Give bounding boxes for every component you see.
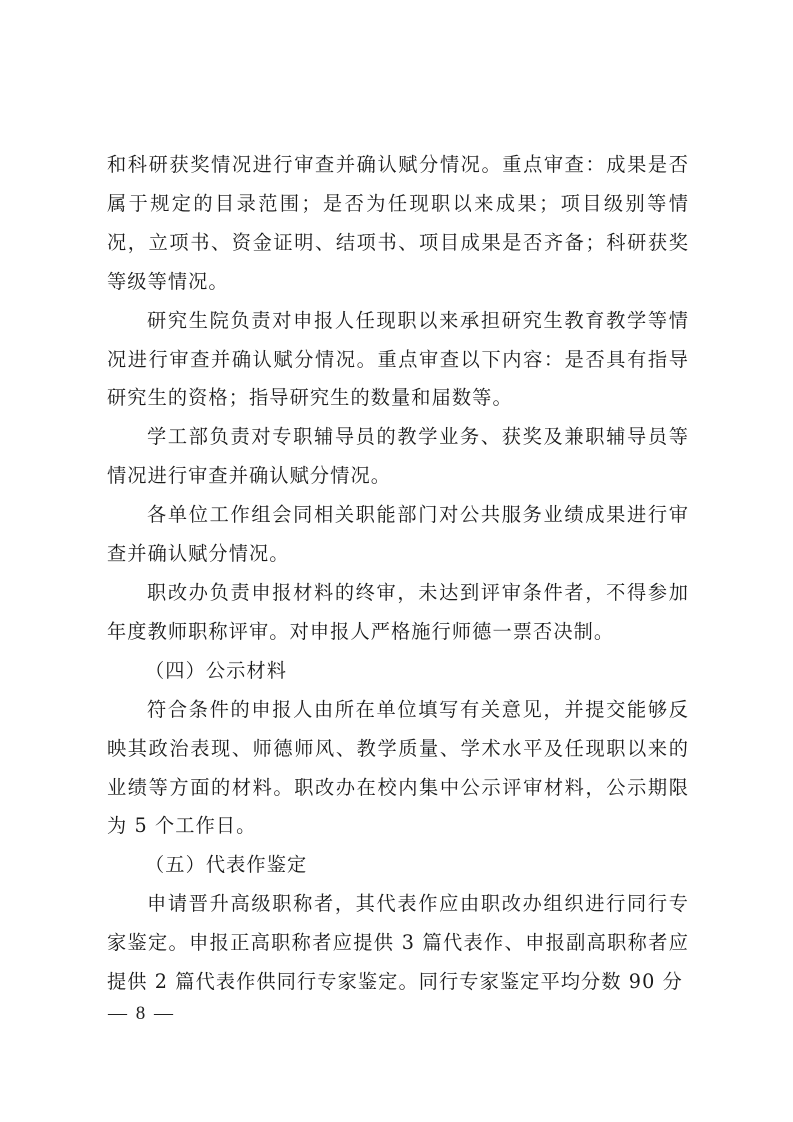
- page-number: — 8 —: [108, 1003, 175, 1025]
- paragraph-unit-public-service-review: 各单位工作组会同相关职能部门对公共服务业绩成果进行审查并确认赋分情况。: [107, 496, 689, 574]
- section-heading-representative-works: （五）代表作鉴定: [107, 846, 689, 885]
- paragraph-student-affairs-review: 学工部负责对专职辅导员的教学业务、获奖及兼职辅导员等情况进行审查并确认赋分情况。: [107, 418, 689, 496]
- section-heading-public-notice: （四）公示材料: [107, 652, 689, 691]
- paragraph-representative-works: 申请晋升高级职称者，其代表作应由职改办组织进行同行专家鉴定。申报正高职称者应提供…: [107, 885, 689, 1002]
- paragraph-research-awards-review: 和科研获奖情况进行审查并确认赋分情况。重点审查：成果是否属于规定的目录范围；是否…: [107, 146, 689, 302]
- document-body: 和科研获奖情况进行审查并确认赋分情况。重点审查：成果是否属于规定的目录范围；是否…: [107, 146, 689, 1002]
- paragraph-final-review: 职改办负责申报材料的终审，未达到评审条件者，不得参加年度教师职称评审。对申报人严…: [107, 574, 689, 652]
- paragraph-public-notice: 符合条件的申报人由所在单位填写有关意见，并提交能够反映其政治表现、师德师风、教学…: [107, 691, 689, 847]
- paragraph-graduate-school-review: 研究生院负责对申报人任现职以来承担研究生教育教学等情况进行审查并确认赋分情况。重…: [107, 302, 689, 419]
